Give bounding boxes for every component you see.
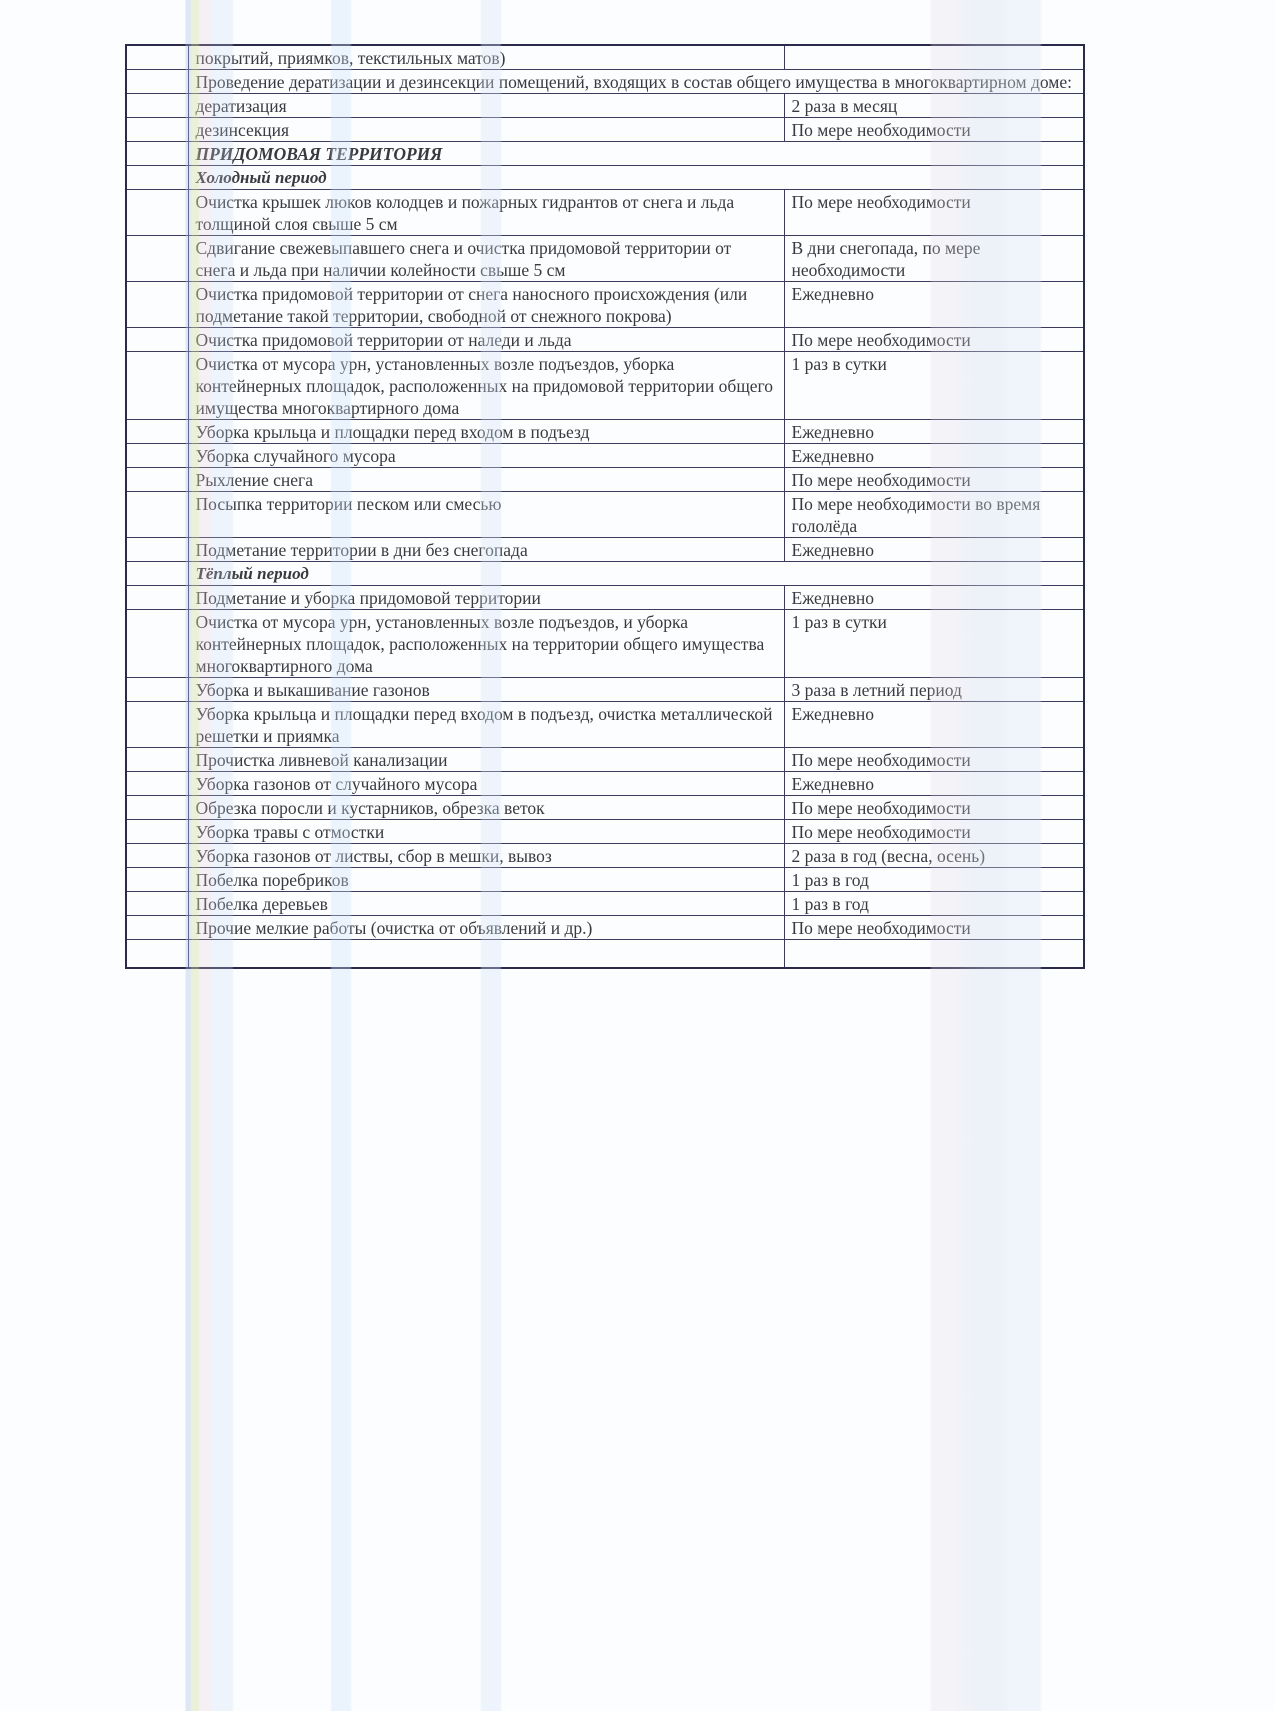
- row-number-cell: [126, 328, 188, 352]
- table-row: Подметание территории в дни без снегопад…: [126, 538, 1084, 562]
- row-number-cell: [126, 468, 188, 492]
- row-number-cell: [126, 420, 188, 444]
- row-number-cell: [126, 678, 188, 702]
- table-row: Сдвигание свежевыпавшего снега и очистка…: [126, 236, 1084, 282]
- row-number-cell: [126, 868, 188, 892]
- work-description-cell: Рыхление снега: [188, 468, 784, 492]
- work-description-cell: Сдвигание свежевыпавшего снега и очистка…: [188, 236, 784, 282]
- row-number-cell: [126, 166, 188, 190]
- work-description-cell: Прочистка ливневой канализации: [188, 748, 784, 772]
- frequency-cell: 1 раз в год: [784, 868, 1084, 892]
- row-number-cell: [126, 70, 188, 94]
- row-number-cell: [126, 190, 188, 236]
- table-row: Уборка газонов от случайного мусораЕжедн…: [126, 772, 1084, 796]
- work-description-cell: Очистка придомовой территории от наледи …: [188, 328, 784, 352]
- work-description-cell: покрытий, приямков, текстильных матов): [188, 45, 784, 70]
- table-row: Прочистка ливневой канализацииПо мере не…: [126, 748, 1084, 772]
- frequency-cell: [784, 940, 1084, 969]
- table-row: Уборка крыльца и площадки перед входом в…: [126, 702, 1084, 748]
- row-number-cell: [126, 940, 188, 969]
- table-row: Побелка деревьев1 раз в год: [126, 892, 1084, 916]
- row-number-cell: [126, 45, 188, 70]
- maintenance-schedule-table: покрытий, приямков, текстильных матов)Пр…: [125, 44, 1085, 969]
- frequency-cell: По мере необходимости: [784, 468, 1084, 492]
- frequency-cell: В дни снегопада, по мере необходимости: [784, 236, 1084, 282]
- row-number-cell: [126, 282, 188, 328]
- table-row: Очистка придомовой территории от наледи …: [126, 328, 1084, 352]
- row-number-cell: [126, 772, 188, 796]
- row-number-cell: [126, 586, 188, 610]
- row-number-cell: [126, 796, 188, 820]
- empty-row: [126, 940, 1084, 969]
- frequency-cell: По мере необходимости: [784, 190, 1084, 236]
- table-row: Уборка газонов от листвы, сбор в мешки, …: [126, 844, 1084, 868]
- work-description-cell: Уборка и выкашивание газонов: [188, 678, 784, 702]
- section-row: ПРИДОМОВАЯ ТЕРРИТОРИЯ: [126, 142, 1084, 166]
- row-number-cell: [126, 94, 188, 118]
- work-description-cell: Подметание и уборка придомовой территори…: [188, 586, 784, 610]
- work-description-cell: Посыпка территории песком или смесью: [188, 492, 784, 538]
- frequency-cell: По мере необходимости: [784, 748, 1084, 772]
- table-row: дезинсекцияПо мере необходимости: [126, 118, 1084, 142]
- work-description-cell: Очистка придомовой территории от снега н…: [188, 282, 784, 328]
- frequency-cell: Ежедневно: [784, 772, 1084, 796]
- document-table-container: покрытий, приямков, текстильных матов)Пр…: [125, 44, 1083, 969]
- table-row: Очистка от мусора урн, установленных воз…: [126, 610, 1084, 678]
- frequency-cell: По мере необходимости во время гололёда: [784, 492, 1084, 538]
- table-row: Посыпка территории песком или смесьюПо м…: [126, 492, 1084, 538]
- work-description-cell: Уборка газонов от случайного мусора: [188, 772, 784, 796]
- row-number-cell: [126, 492, 188, 538]
- work-description-cell: дератизация: [188, 94, 784, 118]
- work-description-cell: Уборка травы с отмостки: [188, 820, 784, 844]
- table-row: Очистка придомовой территории от снега н…: [126, 282, 1084, 328]
- row-number-cell: [126, 118, 188, 142]
- frequency-cell: 2 раза в месяц: [784, 94, 1084, 118]
- row-number-cell: [126, 702, 188, 748]
- work-description-cell: [188, 940, 784, 969]
- work-description-cell: Побелка поребриков: [188, 868, 784, 892]
- row-number-cell: [126, 444, 188, 468]
- work-description-cell: Побелка деревьев: [188, 892, 784, 916]
- table-row: Уборка крыльца и площадки перед входом в…: [126, 420, 1084, 444]
- table-row: Подметание и уборка придомовой территори…: [126, 586, 1084, 610]
- row-number-cell: [126, 916, 188, 940]
- row-number-cell: [126, 352, 188, 420]
- group-heading: Проведение дератизации и дезинсекции пом…: [188, 70, 1084, 94]
- frequency-cell: 1 раз в год: [784, 892, 1084, 916]
- section-heading: ПРИДОМОВАЯ ТЕРРИТОРИЯ: [188, 142, 1084, 166]
- table-row: Очистка от мусора урн, установленных воз…: [126, 352, 1084, 420]
- frequency-cell: Ежедневно: [784, 282, 1084, 328]
- frequency-cell: Ежедневно: [784, 444, 1084, 468]
- table-row: Уборка случайного мусораЕжедневно: [126, 444, 1084, 468]
- work-description-cell: Подметание территории в дни без снегопад…: [188, 538, 784, 562]
- row-number-cell: [126, 562, 188, 586]
- row-number-cell: [126, 538, 188, 562]
- frequency-cell: Ежедневно: [784, 586, 1084, 610]
- frequency-cell: Ежедневно: [784, 538, 1084, 562]
- work-description-cell: Очистка от мусора урн, установленных воз…: [188, 352, 784, 420]
- table-row: Рыхление снегаПо мере необходимости: [126, 468, 1084, 492]
- table-row: Прочие мелкие работы (очистка от объявле…: [126, 916, 1084, 940]
- table-row: дератизация2 раза в месяц: [126, 94, 1084, 118]
- table-row: Побелка поребриков1 раз в год: [126, 868, 1084, 892]
- row-number-cell: [126, 236, 188, 282]
- frequency-cell: 3 раза в летний период: [784, 678, 1084, 702]
- table-row: Очистка крышек люков колодцев и пожарных…: [126, 190, 1084, 236]
- frequency-cell: По мере необходимости: [784, 820, 1084, 844]
- frequency-cell: 1 раз в сутки: [784, 610, 1084, 678]
- row-number-cell: [126, 844, 188, 868]
- row-number-cell: [126, 748, 188, 772]
- row-number-cell: [126, 142, 188, 166]
- work-description-cell: Уборка крыльца и площадки перед входом в…: [188, 420, 784, 444]
- table-row: покрытий, приямков, текстильных матов): [126, 45, 1084, 70]
- subsection-heading: Тёплый период: [188, 562, 1084, 586]
- frequency-cell: По мере необходимости: [784, 118, 1084, 142]
- frequency-cell: 2 раза в год (весна, осень): [784, 844, 1084, 868]
- frequency-cell: Ежедневно: [784, 420, 1084, 444]
- work-description-cell: Прочие мелкие работы (очистка от объявле…: [188, 916, 784, 940]
- work-description-cell: Обрезка поросли и кустарников, обрезка в…: [188, 796, 784, 820]
- subsection-heading: Холодный период: [188, 166, 1084, 190]
- table-row: Уборка и выкашивание газонов3 раза в лет…: [126, 678, 1084, 702]
- frequency-cell: По мере необходимости: [784, 796, 1084, 820]
- subsection-row: Холодный период: [126, 166, 1084, 190]
- frequency-cell: Ежедневно: [784, 702, 1084, 748]
- work-description-cell: Уборка крыльца и площадки перед входом в…: [188, 702, 784, 748]
- work-description-cell: Очистка крышек люков колодцев и пожарных…: [188, 190, 784, 236]
- row-number-cell: [126, 820, 188, 844]
- subsection-row: Тёплый период: [126, 562, 1084, 586]
- table-row: Обрезка поросли и кустарников, обрезка в…: [126, 796, 1084, 820]
- frequency-cell: По мере необходимости: [784, 328, 1084, 352]
- work-description-cell: Уборка газонов от листвы, сбор в мешки, …: [188, 844, 784, 868]
- header-row: Проведение дератизации и дезинсекции пом…: [126, 70, 1084, 94]
- row-number-cell: [126, 610, 188, 678]
- frequency-cell: [784, 45, 1084, 70]
- work-description-cell: дезинсекция: [188, 118, 784, 142]
- frequency-cell: 1 раз в сутки: [784, 352, 1084, 420]
- work-description-cell: Очистка от мусора урн, установленных воз…: [188, 610, 784, 678]
- work-description-cell: Уборка случайного мусора: [188, 444, 784, 468]
- frequency-cell: По мере необходимости: [784, 916, 1084, 940]
- table-row: Уборка травы с отмосткиПо мере необходим…: [126, 820, 1084, 844]
- row-number-cell: [126, 892, 188, 916]
